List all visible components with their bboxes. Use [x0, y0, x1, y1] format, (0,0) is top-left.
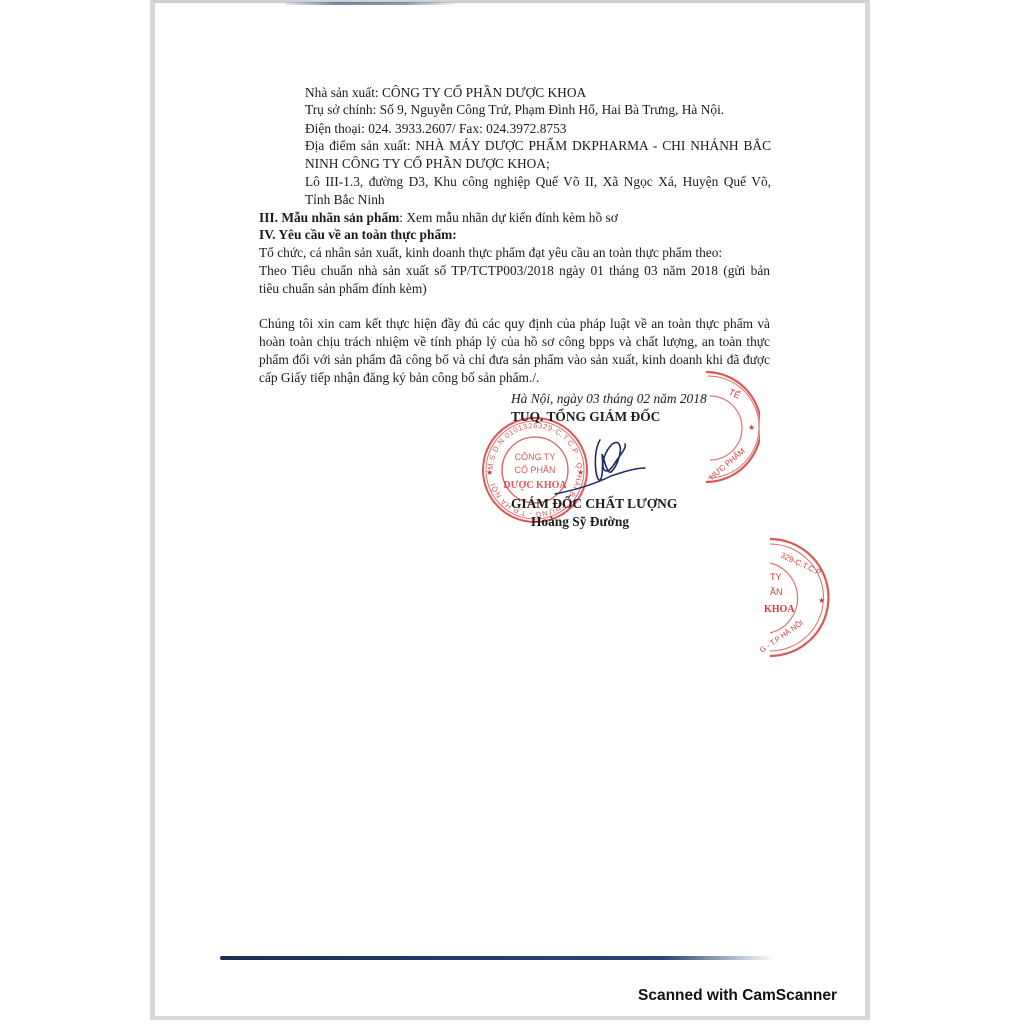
commitment-line-4: cấp Giấy tiếp nhận đăng ký bản công bố s…: [259, 369, 539, 387]
manufacturer-line: Nhà sản xuất: CÔNG TY CỔ PHẦN DƯỢC KHOA: [305, 84, 586, 102]
commitment-line-1: Chúng tôi xin cam kết thực hiện đầy đủ c…: [259, 315, 770, 333]
place-date: Hà Nội, ngày 03 tháng 02 năm 2018: [511, 390, 707, 408]
stamp-star-icon: ★: [818, 596, 825, 605]
camscanner-watermark: Scanned with CamScanner: [638, 987, 837, 1005]
section-4-line-3: tiêu chuẩn sản phẩm đính kèm): [259, 280, 427, 298]
on-behalf-title: TUQ. TỔNG GIÁM ĐỐC: [511, 408, 660, 426]
production-site-line-2: NINH CÔNG TY CỔ PHẦN DƯỢC KHOA;: [305, 155, 550, 173]
section-4-heading: IV. Yêu cầu về an toàn thực phẩm:: [259, 226, 457, 244]
commitment-line-3: phẩm đối với sản phẩm đã công bố và chỉ …: [259, 351, 770, 369]
section-3: III. Mẫu nhãn sản phẩm: Xem mẫu nhãn dự …: [259, 209, 618, 227]
partial-stamp-fragment-1: TY: [770, 572, 782, 582]
production-site-line-1: Địa điểm sản xuất: NHÀ MÁY DƯỢC PHẨM DKP…: [305, 137, 771, 155]
partial-stamp-fragment-1: TẾ: [727, 387, 742, 401]
partial-stamp-ring-fragment: 329-C.T.C.P: [779, 551, 822, 578]
section-4-line-1: Tổ chức, cá nhân sản xuất, kinh doanh th…: [259, 244, 722, 262]
commitment-line-2: hoàn toàn chịu trách nhiệm về tính pháp …: [259, 333, 770, 351]
partial-stamp-fragment-3: KHOA: [764, 604, 795, 615]
stamp-star-icon: ★: [748, 423, 755, 432]
address-line-2: Tỉnh Bắc Ninh: [305, 191, 385, 209]
section-3-text: : Xem mẫu nhãn dự kiến đính kèm hồ sơ: [399, 210, 618, 225]
stamp-star-icon: ★: [486, 468, 493, 477]
address-line-1: Lô III-1.3, đường D3, Khu công nghiệp Qu…: [305, 173, 771, 191]
partial-stamp-fragment-2: ẦN: [770, 587, 783, 597]
partial-stamp-top-right: TẾ ★ HỰC PHẨM: [700, 368, 760, 488]
section-3-heading: III. Mẫu nhãn sản phẩm: [259, 210, 399, 225]
section-4-line-2: Theo Tiêu chuẩn nhà sản xuất số TP/TCTP0…: [259, 262, 770, 280]
headquarters-line: Trụ sở chính: Số 9, Nguyễn Công Trứ, Phạ…: [305, 101, 724, 119]
page-bottom-rule: [220, 956, 775, 960]
handwritten-signature: [545, 432, 655, 502]
signer-name: Hoàng Sỹ Đường: [531, 513, 629, 531]
partial-stamp-bottom-right: 329-C.T.C.P TY ẦN KHOA ★ G - T.P HÀ NỘI: [740, 535, 840, 660]
partial-stamp-fragment-2: HỰC PHẨM: [708, 446, 748, 481]
top-edge-mark: [285, 2, 455, 5]
phone-line: Điện thoại: 024. 3933.2607/ Fax: 024.397…: [305, 120, 566, 138]
